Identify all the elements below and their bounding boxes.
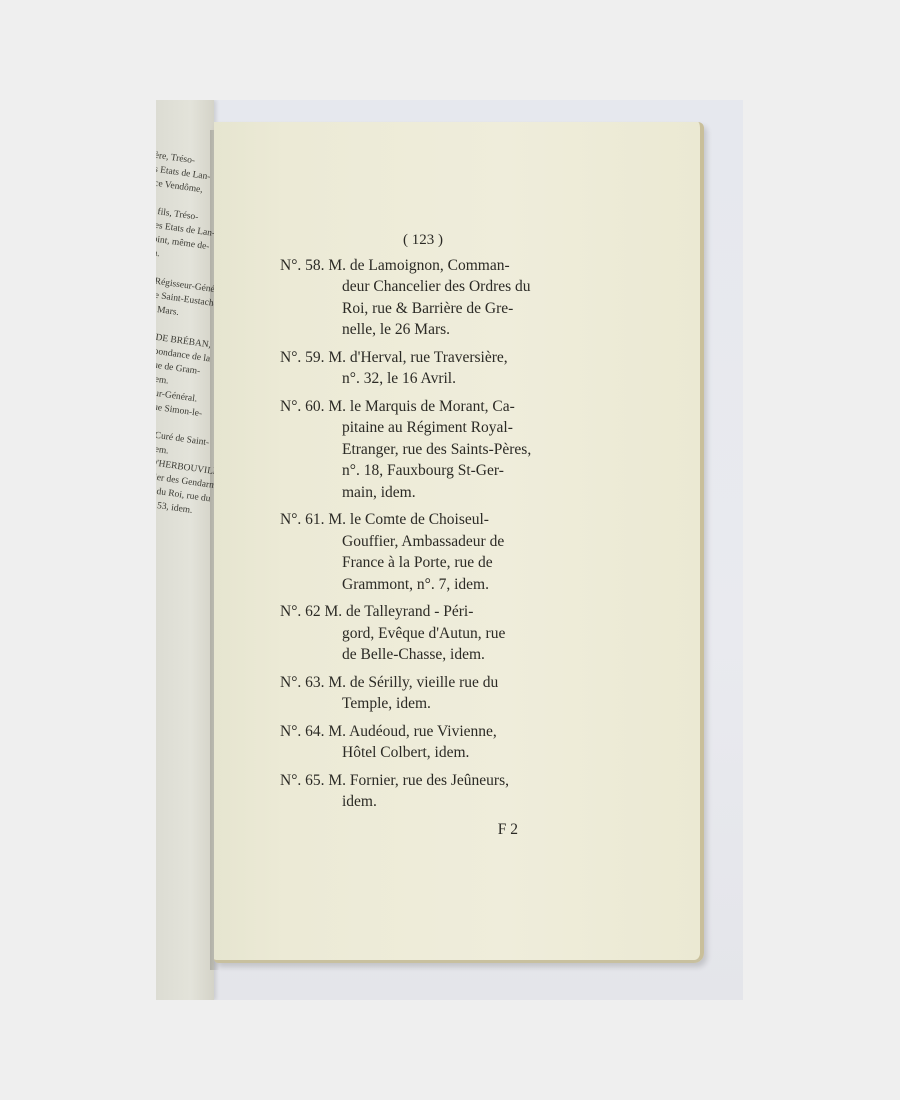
entry-line: Temple, idem.: [280, 693, 566, 715]
entry-line: n°. 32, le 16 Avril.: [280, 368, 566, 390]
directory-entry: N°. 65. M. Fornier, rue des Jeûneurs,ide…: [280, 770, 566, 813]
directory-entry: N°. 62 M. de Talleyrand - Péri-gord, Evê…: [280, 601, 566, 666]
directory-entry: N°. 58. M. de Lamoignon, Comman-deur Cha…: [280, 255, 566, 341]
entry-line: Etranger, rue des Saints-Pères,: [280, 439, 566, 461]
entry-line: N°. 60. M. le Marquis de Morant, Ca-: [280, 396, 566, 418]
entry-line: Gouffier, Ambassadeur de: [280, 531, 566, 553]
directory-entry: N°. 59. M. d'Herval, rue Traversière,n°.…: [280, 347, 566, 390]
directory-entry: N°. 63. M. de Sérilly, vieille rue duTem…: [280, 672, 566, 715]
page-number: ( 123 ): [280, 230, 566, 252]
page-content: ( 123 ) N°. 58. M. de Lamoignon, Comman-…: [280, 230, 566, 840]
entry-line: N°. 58. M. de Lamoignon, Comman-: [280, 255, 566, 277]
entry-line: N°. 63. M. de Sérilly, vieille rue du: [280, 672, 566, 694]
entry-line: pitaine au Régiment Royal-: [280, 417, 566, 439]
entry-line: main, idem.: [280, 482, 566, 504]
directory-entry: N°. 61. M. le Comte de Choiseul-Gouffier…: [280, 509, 566, 595]
entry-line: N°. 65. M. Fornier, rue des Jeûneurs,: [280, 770, 566, 792]
entry-line: France à la Porte, rue de: [280, 552, 566, 574]
entry-line: idem.: [280, 791, 566, 813]
entry-line: n°. 18, Fauxbourg St-Ger-: [280, 460, 566, 482]
entry-line: N°. 64. M. Audéoud, rue Vivienne,: [280, 721, 566, 743]
entry-line: gord, Evêque d'Autun, rue: [280, 623, 566, 645]
directory-entry: N°. 60. M. le Marquis de Morant, Ca-pita…: [280, 396, 566, 504]
entry-list: N°. 58. M. de Lamoignon, Comman-deur Cha…: [280, 255, 566, 813]
directory-entry: N°. 64. M. Audéoud, rue Vivienne,Hôtel C…: [280, 721, 566, 764]
entry-line: de Belle-Chasse, idem.: [280, 644, 566, 666]
book-photo: père, Tréso-es Etats de Lan-ace Vendôme,…: [156, 100, 743, 1000]
left-page-text: père, Tréso-es Etats de Lan-ace Vendôme,…: [156, 148, 214, 512]
entry-line: Grammont, n°. 7, idem.: [280, 574, 566, 596]
left-page: père, Tréso-es Etats de Lan-ace Vendôme,…: [156, 100, 214, 1000]
entry-line: N°. 62 M. de Talleyrand - Péri-: [280, 601, 566, 623]
entry-line: deur Chancelier des Ordres du: [280, 276, 566, 298]
entry-line: Hôtel Colbert, idem.: [280, 742, 566, 764]
entry-line: N°. 59. M. d'Herval, rue Traversière,: [280, 347, 566, 369]
right-page: ( 123 ) N°. 58. M. de Lamoignon, Comman-…: [214, 122, 704, 963]
entry-line: Roi, rue & Barrière de Gre-: [280, 298, 566, 320]
signature-mark: F 2: [280, 819, 566, 841]
entry-line: N°. 61. M. le Comte de Choiseul-: [280, 509, 566, 531]
entry-line: nelle, le 26 Mars.: [280, 319, 566, 341]
